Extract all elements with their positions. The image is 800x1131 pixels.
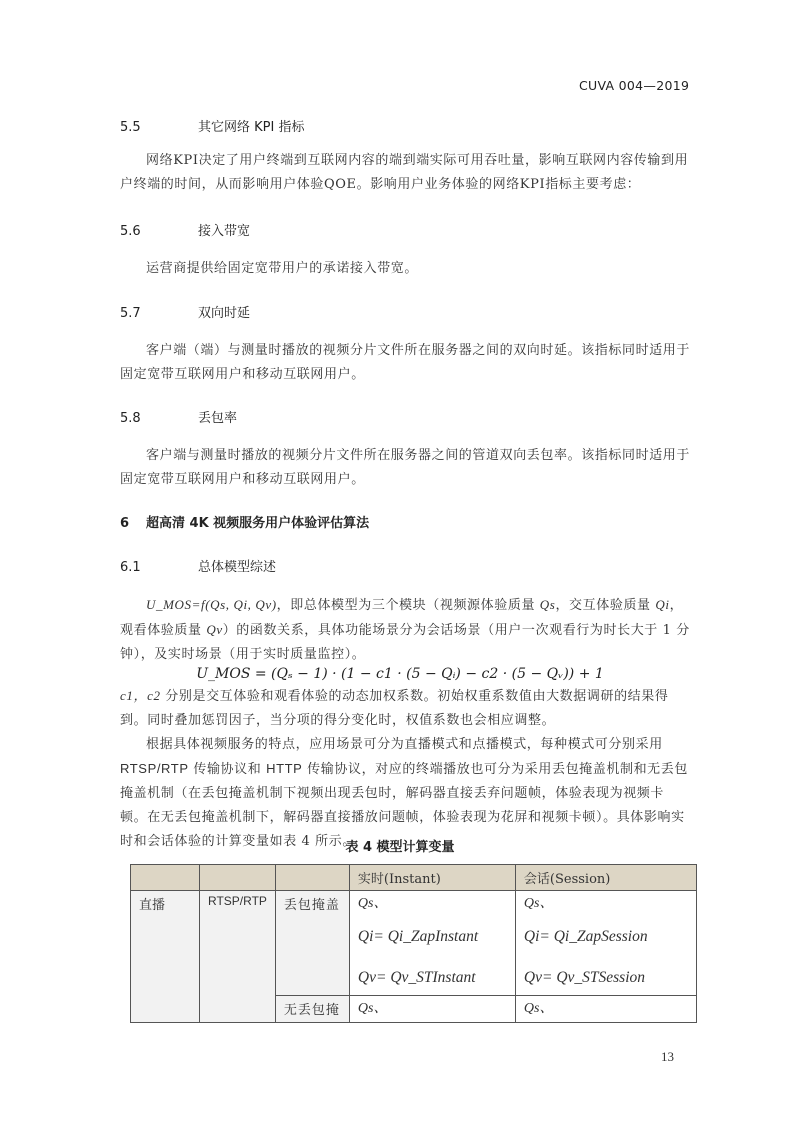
cell-session: Qs、 Qi= Qi_ZapSession Qv= Qv_STSession bbox=[515, 891, 696, 996]
protocol-rtsp: RTSP/RTP bbox=[120, 761, 189, 776]
paragraph-coefficients: c1，c2 分别是交互体验和观看体验的动态加权系数。初始权重系数值由大数据调研的… bbox=[120, 684, 690, 733]
section-number: 5.8 bbox=[120, 411, 198, 426]
umos-formula: U_MOS = (Qₛ − 1) · (1 − c1 · (5 − Qᵢ) − … bbox=[0, 666, 800, 682]
instant-qi: Qi= Qi_ZapInstant bbox=[358, 927, 507, 947]
section-title: 接入带宽 bbox=[198, 224, 250, 239]
document-code: CUVA 004—2019 bbox=[579, 78, 689, 93]
text-fragment: 分别是交互体验和观看体验的动态加权系数。初始权重系数值由大数据调研的结果得到。同… bbox=[120, 689, 668, 728]
umos-function: U_MOS=f(Qs, Qi, Qv) bbox=[146, 597, 277, 612]
section-title: 双向时延 bbox=[198, 306, 250, 321]
cell-mode: 直播 bbox=[131, 891, 200, 1023]
section-heading-5-8: 5.8丢包率 bbox=[120, 407, 237, 426]
section-number: 6.1 bbox=[120, 560, 198, 575]
section-title: 总体模型综述 bbox=[198, 560, 276, 575]
session-qs: Qs、 bbox=[524, 894, 688, 914]
cell-protocol: RTSP/RTP bbox=[200, 891, 276, 1023]
cell-instant: Qs、 Qi= Qi_ZapInstant Qv= Qv_STInstant bbox=[349, 891, 515, 996]
section-number: 5.7 bbox=[120, 306, 198, 321]
session-qs: Qs、 bbox=[524, 999, 688, 1019]
paragraph-5-8: 客户端与测量时播放的视频分片文件所在服务器之间的管道双向丢包率。该指标同时适用于… bbox=[120, 444, 690, 492]
protocol-http: HTTP bbox=[266, 761, 302, 776]
instant-qs: Qs、 bbox=[358, 894, 507, 914]
header-cell-empty bbox=[275, 865, 349, 891]
header-cell-empty bbox=[200, 865, 276, 891]
session-qv: Qv= Qv_STSession bbox=[524, 968, 688, 988]
text-fragment: 传输协议和 bbox=[189, 762, 266, 777]
table-row: 直播 RTSP/RTP 丢包掩盖 Qs、 Qi= Qi_ZapInstant Q… bbox=[131, 891, 697, 996]
section-heading-5-6: 5.6接入带宽 bbox=[120, 220, 250, 239]
header-cell-instant: 实时(Instant) bbox=[349, 865, 515, 891]
coefficient-names: c1，c2 bbox=[120, 688, 161, 703]
cell-mechanism: 丢包掩盖 bbox=[275, 891, 349, 996]
section-heading-5-5: 5.5其它网络 KPI 指标 bbox=[120, 116, 304, 135]
header-cell-empty bbox=[131, 865, 200, 891]
section-heading-5-7: 5.7双向时延 bbox=[120, 302, 250, 321]
text-fragment: ，即总体模型为三个模块（视频源体验质量 bbox=[277, 598, 540, 613]
text-fragment: ，交互体验质量 bbox=[555, 598, 655, 613]
page-number: 13 bbox=[661, 1049, 674, 1065]
section-number: 6 bbox=[120, 516, 146, 531]
paragraph-5-6: 运营商提供给固定宽带用户的承诺接入带宽。 bbox=[120, 257, 690, 281]
instant-qs: Qs、 bbox=[358, 999, 507, 1019]
section-title: 其它网络 KPI 指标 bbox=[198, 120, 304, 135]
section-title: 丢包率 bbox=[198, 411, 237, 426]
var-qv: Qv bbox=[206, 622, 222, 637]
var-qi: Qi bbox=[655, 597, 669, 612]
cell-mechanism: 无丢包掩 bbox=[275, 996, 349, 1023]
cell-instant: Qs、 bbox=[349, 996, 515, 1023]
paragraph-model-intro: U_MOS=f(Qs, Qi, Qv)，即总体模型为三个模块（视频源体验质量 Q… bbox=[120, 593, 690, 667]
section-title: 超高清 4K 视频服务用户体验评估算法 bbox=[146, 516, 369, 531]
section-number: 5.5 bbox=[120, 120, 198, 135]
instant-qv: Qv= Qv_STInstant bbox=[358, 968, 507, 988]
section-heading-6: 6超高清 4K 视频服务用户体验评估算法 bbox=[120, 512, 369, 531]
paragraph-5-7: 客户端（端）与测量时播放的视频分片文件所在服务器之间的双向时延。该指标同时适用于… bbox=[120, 339, 690, 387]
model-variables-table: 实时(Instant) 会话(Session) 直播 RTSP/RTP 丢包掩盖… bbox=[130, 864, 697, 1023]
var-qs: Qs bbox=[540, 597, 556, 612]
section-heading-6-1: 6.1总体模型综述 bbox=[120, 556, 276, 575]
text-fragment: 根据具体视频服务的特点，应用场景可分为直播模式和点播模式，每种模式可分别采用 bbox=[146, 737, 663, 752]
paragraph-5-5: 网络KPI决定了用户终端到互联网内容的端到端实际可用吞吐量，影响互联网内容传输到… bbox=[120, 149, 690, 197]
table-caption: 表 4 模型计算变量 bbox=[0, 836, 800, 855]
session-qi: Qi= Qi_ZapSession bbox=[524, 927, 688, 947]
section-number: 5.6 bbox=[120, 224, 198, 239]
table-header-row: 实时(Instant) 会话(Session) bbox=[131, 865, 697, 891]
cell-session: Qs、 bbox=[515, 996, 696, 1023]
header-cell-session: 会话(Session) bbox=[515, 865, 696, 891]
